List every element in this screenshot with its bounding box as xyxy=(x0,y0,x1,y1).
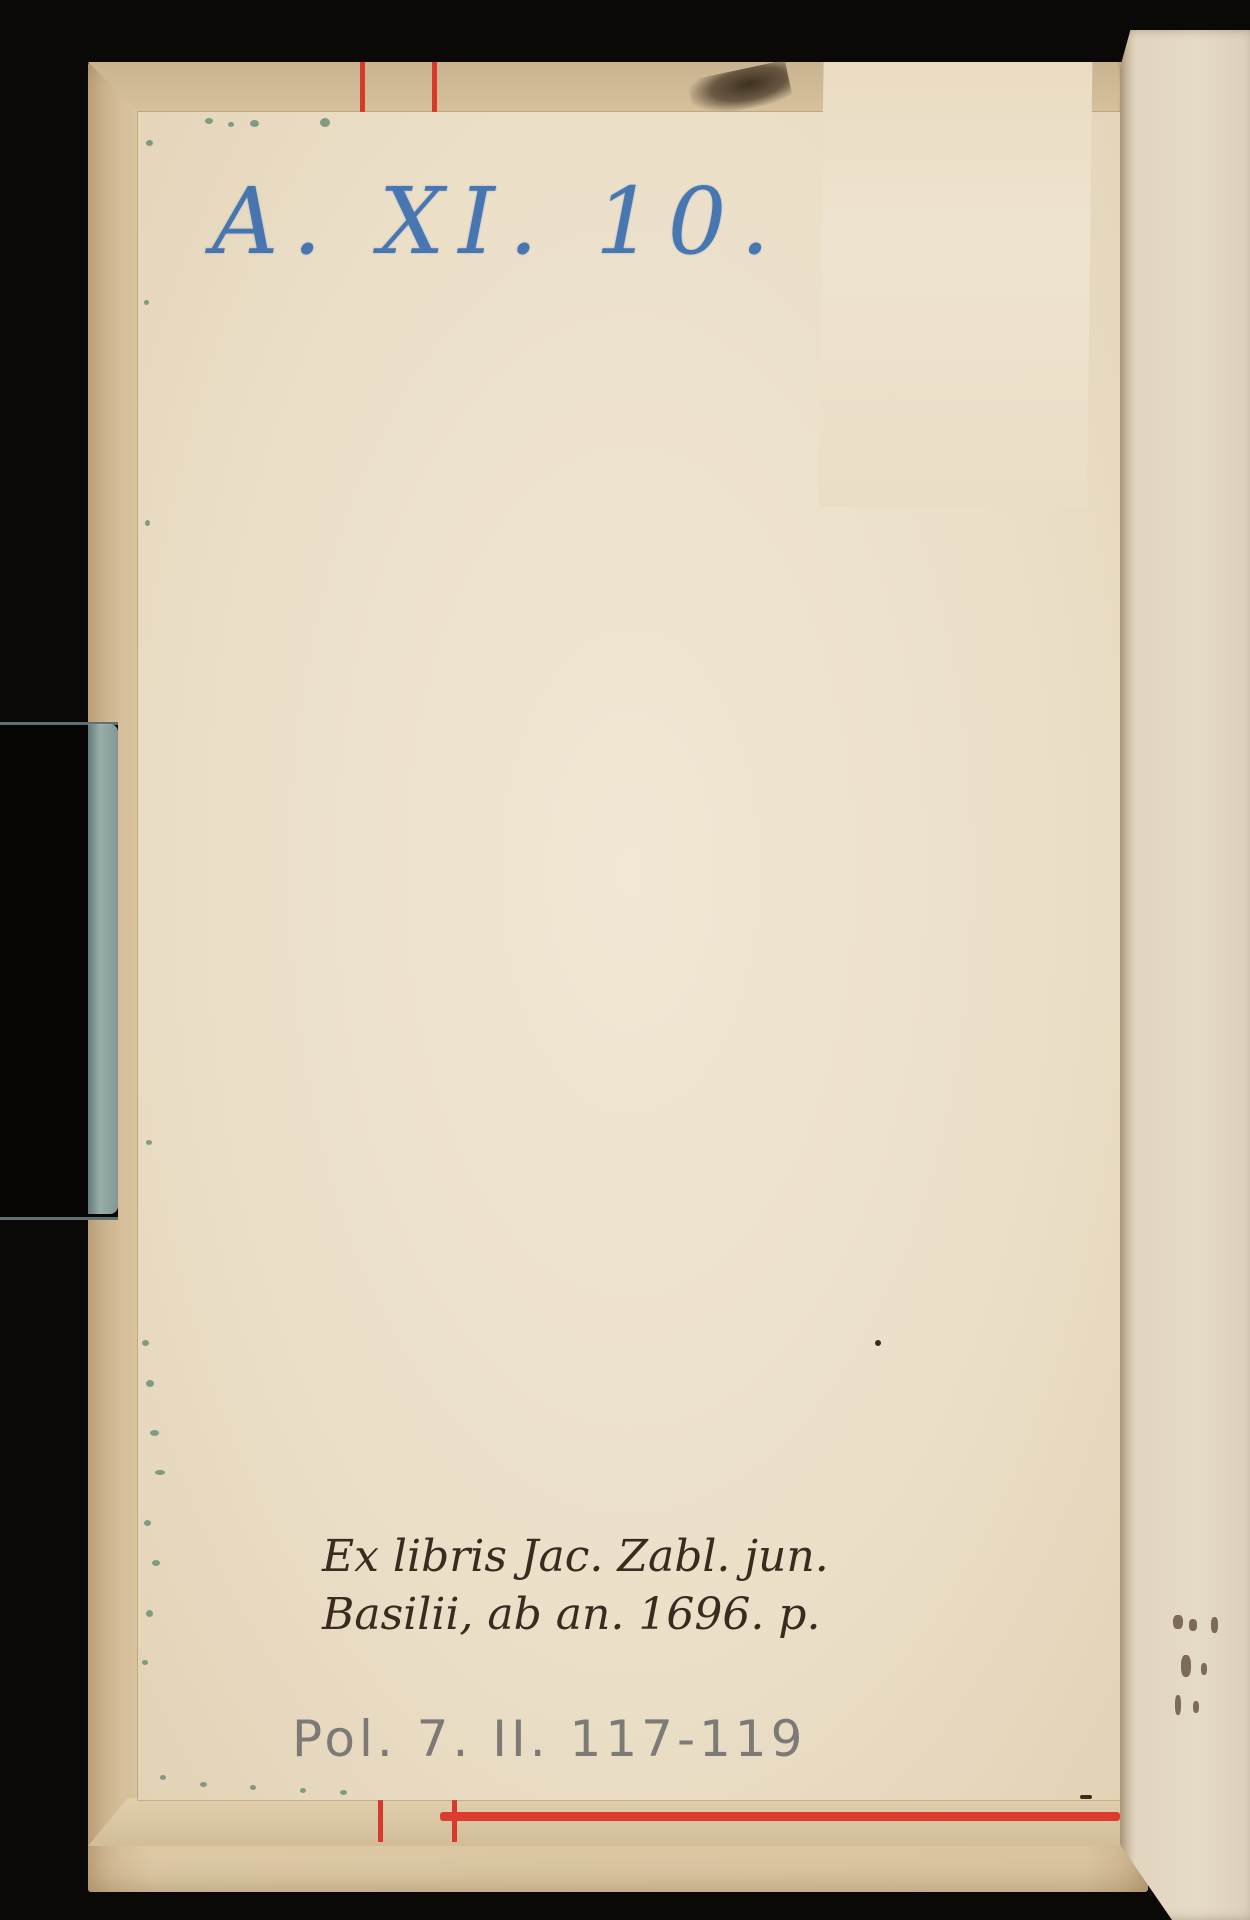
red-rule-top-1 xyxy=(360,62,365,112)
pencil-shelfmark: Pol. 7. II. 117-119 xyxy=(292,1710,806,1768)
blue-shelfmark: A. XI. 10. xyxy=(212,168,784,275)
red-rule-top-2 xyxy=(432,62,437,112)
inscription-line-1: Ex libris Jac. Zabl. jun. xyxy=(322,1528,962,1586)
book-photo: A. XI. 10. Ex libris Jac. Zabl. jun. Bas… xyxy=(0,0,1250,1920)
red-rule-bottom-2 xyxy=(452,1800,457,1842)
bottom-turn-in xyxy=(88,1798,1128,1846)
paper-patch xyxy=(818,62,1098,507)
ink-bleed-through xyxy=(1165,1615,1225,1725)
ownership-inscription: Ex libris Jac. Zabl. jun. Basilii, ab an… xyxy=(322,1528,962,1644)
ink-dash xyxy=(1080,1795,1092,1799)
ink-dot xyxy=(875,1340,881,1346)
glass-weight-edge xyxy=(88,724,118,1214)
red-rule-bottom-1 xyxy=(378,1800,383,1842)
red-rule-bottom-horizontal xyxy=(440,1812,1120,1821)
inscription-line-2: Basilii, ab an. 1696. p. xyxy=(322,1586,962,1644)
